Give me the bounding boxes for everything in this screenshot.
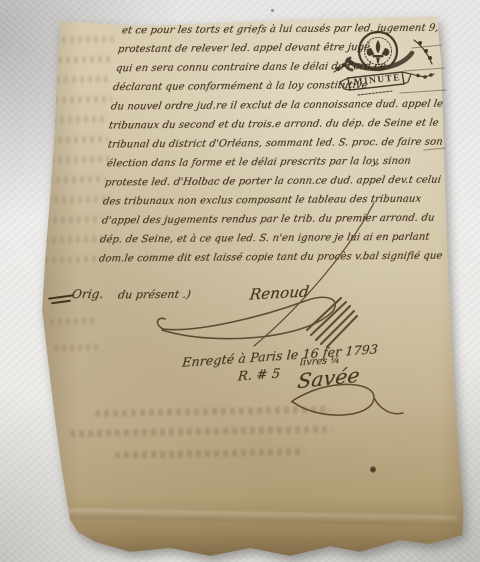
manuscript-line: élection dans la forme et le délai presc…	[106, 156, 412, 171]
bleedthrough-line	[46, 195, 106, 203]
manuscript-line: déclarant que conformément à la loy cons…	[112, 80, 369, 94]
closing-line: du présent .)	[117, 288, 192, 302]
bleedthrough-line	[95, 406, 330, 417]
manuscript-line: d'appel des jugements rendus par le trib…	[101, 213, 435, 228]
paper-bottom-shading	[40, 498, 470, 558]
manuscript-line: tribunal du district d'Orléans, sommant …	[107, 137, 444, 152]
bleedthrough-line	[54, 95, 112, 103]
manuscript-line: dép. de Seine, et à ce que led. S. n'en …	[99, 232, 430, 247]
paper-right-shading	[440, 14, 468, 544]
bleedthrough-line	[48, 175, 106, 183]
bleedthrough-line	[50, 155, 110, 163]
bleedthrough-line	[62, 36, 114, 44]
bleedthrough-line	[44, 256, 100, 264]
manuscript-line: qui en sera connu contraire dans le déla…	[115, 61, 387, 75]
photo-of-manuscript: et ce pour les torts et griefs à lui cau…	[0, 0, 480, 562]
ink-spot	[370, 466, 376, 473]
paper-fold-crease	[55, 508, 457, 526]
margin-note: Orig.	[71, 287, 105, 302]
manuscript-line: des tribunaux non exclus composant le ta…	[102, 194, 422, 209]
manuscript-line: et ce pour les torts et griefs à lui cau…	[121, 23, 439, 38]
signature-renoud: Renoud	[249, 282, 310, 303]
bleedthrough-line	[56, 76, 110, 84]
bleedthrough-line	[50, 135, 108, 143]
bleedthrough-line	[58, 56, 114, 64]
bleedthrough-line	[44, 235, 104, 243]
bleedthrough-line	[45, 215, 103, 223]
manuscript-line: dom.le comme dit est laissé copie tant d…	[98, 251, 443, 266]
manuscript-line: proteste led. d'Holbac de porter la conn…	[104, 175, 442, 190]
paper-shadow-wrap: et ce pour les torts et griefs à lui cau…	[0, 0, 480, 562]
paper-left-shading	[38, 20, 80, 540]
manuscript-line: tribunaux du second et du trois.e arrond…	[108, 118, 439, 133]
bleedthrough-line	[115, 448, 305, 458]
manuscript-line: du nouvel ordre jud.re il exclut de la c…	[110, 99, 449, 114]
bleedthrough-line	[70, 426, 332, 438]
bleedthrough-line	[52, 116, 108, 124]
registration-fee: R. # 5	[237, 367, 281, 385]
manuscript-line: protestant de relever led. appel devant …	[117, 42, 371, 56]
manuscript-paper: et ce pour les torts et griefs à lui cau…	[0, 0, 480, 562]
bleedthrough-line	[54, 344, 98, 352]
bleedthrough-line	[50, 318, 98, 326]
